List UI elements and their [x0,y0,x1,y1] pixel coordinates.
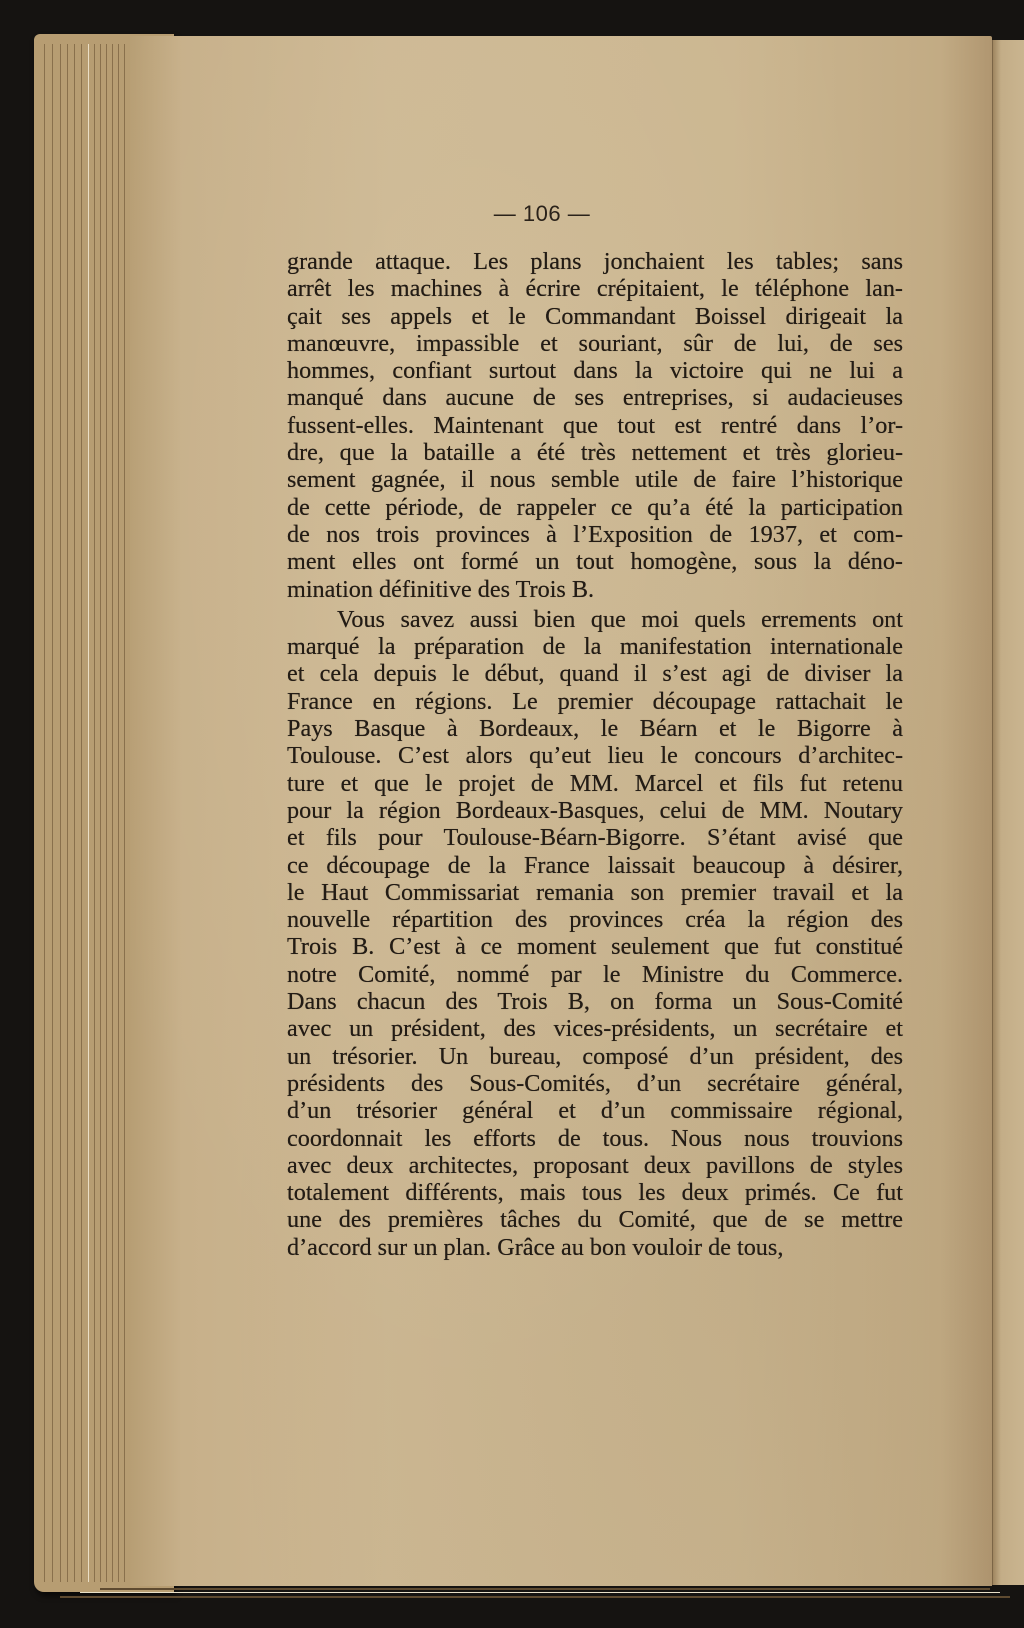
text-line: une des premières tâches du Comité, que … [287,1206,903,1233]
text-line: présidents des Sous-Comités, d’un secrét… [287,1070,903,1097]
page-number: — 106 — [0,201,1024,227]
page-edge [74,44,75,1582]
text-line: Dans chacun des Trois B, on forma un Sou… [287,988,903,1015]
text-line: fussent-elles. Maintenant que tout est r… [287,412,903,439]
text-line: Toulouse. C’est alors qu’eut lieu le con… [287,742,903,769]
text-line: de cette période, de rappeler ce qu’a ét… [287,494,903,521]
text-line: avec deux architectes, proposant deux pa… [287,1152,903,1179]
page-edge [124,44,125,1582]
facing-page-edge [992,40,1024,1585]
page-edge [52,44,53,1582]
text-line: ment elles ont formé un tout homogène, s… [287,548,903,575]
text-line: et fils pour Toulouse-Béarn-Bigorre. S’é… [287,824,903,851]
text-line: notre Comité, nommé par le Ministre du C… [287,961,903,988]
text-line: manqué dans aucune de ses entreprises, s… [287,384,903,411]
text-line: pour la région Bordeaux-Basques, celui d… [287,797,903,824]
page-edge [81,44,82,1582]
page-edge [88,44,89,1582]
photographed-book-scene: — 106 — grande attaque. Les plans joncha… [0,0,1024,1628]
page-edge [100,44,101,1582]
page-bottom-edge [60,1596,1010,1598]
text-line: arrêt les machines à écrire crépitaient,… [287,275,903,302]
text-line: et cela depuis le début, quand il s’est … [287,660,903,687]
page-bottom-edge [100,1588,990,1590]
text-line: le Haut Commissariat remania son premier… [287,879,903,906]
text-line: ce découpage de la France laissait beauc… [287,852,903,879]
text-line: Pays Basque à Bordeaux, le Béarn et le B… [287,715,903,742]
page-body-text: grande attaque. Les plans jonchaient les… [287,248,903,1261]
page-edge [94,44,95,1582]
text-line: manœuvre, impassible et souriant, sûr de… [287,330,903,357]
page-edge [106,44,107,1582]
page-edge [112,44,113,1582]
text-line: ture et que le projet de MM. Marcel et f… [287,770,903,797]
page-edge [118,44,119,1582]
page-edge [60,44,61,1582]
text-line: totalement différents, mais tous les deu… [287,1179,903,1206]
text-line: avec un président, des vices-présidents,… [287,1015,903,1042]
paragraph: grande attaque. Les plans jonchaient les… [287,248,903,603]
text-line: sement gagnée, il nous semble utile de f… [287,466,903,493]
page-edge [67,44,68,1582]
text-line: marqué la préparation de la manifestatio… [287,633,903,660]
page-bottom-edge [80,1592,1000,1593]
page-edge [44,44,45,1582]
text-line: d’un trésorier général et d’un commissai… [287,1097,903,1124]
text-line: Trois B. C’est à ce moment seulement que… [287,933,903,960]
text-line: coordonnait les efforts de tous. Nous no… [287,1125,903,1152]
text-line: France en régions. Le premier découpage … [287,688,903,715]
text-line: hommes, confiant surtout dans la victoir… [287,357,903,384]
text-line: mination définitive des Trois B. [287,576,903,603]
text-line: un trésorier. Un bureau, composé d’un pr… [287,1043,903,1070]
text-line: nouvelle répartition des provinces créa … [287,906,903,933]
text-line: grande attaque. Les plans jonchaient les… [287,248,903,275]
text-line: dre, que la bataille a été très nettemen… [287,439,903,466]
text-line: Vous savez aussi bien que moi quels erre… [287,606,903,633]
text-line: de nos trois provinces à l’Exposition de… [287,521,903,548]
text-line: d’accord sur un plan. Grâce au bon voulo… [287,1234,903,1261]
text-line: çait ses appels et le Commandant Boissel… [287,303,903,330]
paragraph: Vous savez aussi bien que moi quels erre… [287,606,903,1261]
